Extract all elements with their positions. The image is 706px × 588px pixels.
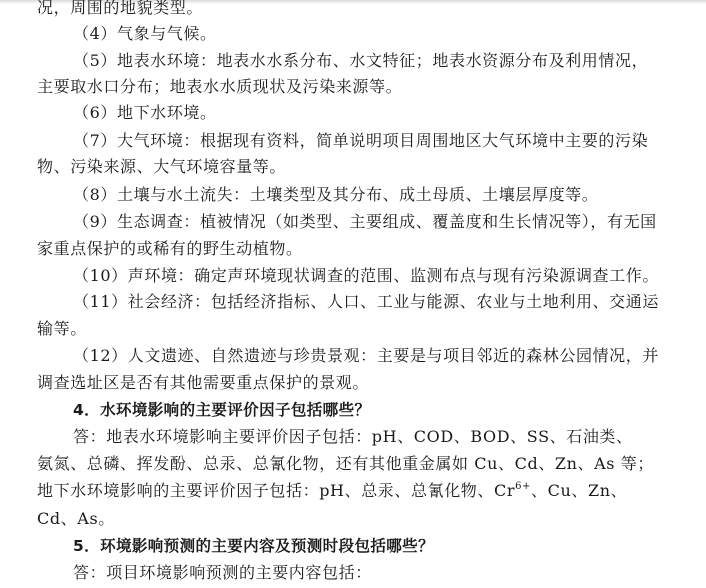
list-item-7: （7）大气环境：根据现有资料，简单说明项目周围地区大气环境中主要的污染 xyxy=(73,131,648,151)
superscript-charge: 6+ xyxy=(515,481,531,492)
question-4-answer-line: 答：地表水环境影响主要评价因子包括：pH、COD、BOD、SS、石油类、 xyxy=(73,427,633,447)
question-5-heading: 5．环境影响预测的主要内容及预测时段包括哪些？ xyxy=(73,536,434,556)
list-item-8: （8）土壤与水土流失：土壤类型及其分布、成土母质、土壤层厚度等。 xyxy=(73,185,598,205)
answer-text: 、Cu、Zn、 xyxy=(531,481,627,500)
question-4-answer-line: Cd、As。 xyxy=(37,509,115,529)
list-item-10: （10）声环境：确定声环境现状调查的范围、监测布点与现有污染源调查工作。 xyxy=(73,266,659,286)
answer-text: 地下水环境影响的主要评价因子包括：pH、总汞、总氰化物、Cr xyxy=(37,481,515,500)
paragraph-line: 况，周围的地貌类型。 xyxy=(37,0,203,18)
list-item-11-continued: 输等。 xyxy=(37,319,87,339)
list-item-5: （5）地表水环境：地表水水系分布、水文特征；地表水资源分布及利用情况， xyxy=(73,51,648,71)
question-4-heading: 4．水环境影响的主要评价因子包括哪些？ xyxy=(73,400,370,420)
list-item-9-continued: 家重点保护的或稀有的野生动植物。 xyxy=(37,239,303,259)
list-item-12-continued: 调查选址区是否有其他需要重点保护的景观。 xyxy=(37,373,369,393)
list-item-7-continued: 物、污染来源、大气环境容量等。 xyxy=(37,157,286,177)
list-item-11: （11）社会经济：包括经济指标、人口、工业与能源、农业与土地利用、交通运 xyxy=(73,292,659,312)
question-4-answer-line: 地下水环境影响的主要评价因子包括：pH、总汞、总氰化物、Cr6+、Cu、Zn、 xyxy=(37,481,627,501)
question-5-answer-line: 答：项目环境影响预测的主要内容包括： xyxy=(73,563,372,583)
list-item-6: （6）地下水环境。 xyxy=(73,103,217,123)
list-item-5-continued: 主要取水口分布；地表水水质现状及污染来源等。 xyxy=(37,77,402,97)
list-item-4: （4）气象与气候。 xyxy=(73,24,217,44)
list-item-12: （12）人文遗迹、自然遗迹与珍贵景观：主要是与项目邻近的森林公园情况，并 xyxy=(73,346,659,366)
list-item-9: （9）生态调查：植被情况（如类型、主要组成、覆盖度和生长情况等），有无国 xyxy=(73,212,657,232)
question-4-answer-line: 氨氮、总磷、挥发酚、总汞、总氰化物，还有其他重金属如 Cu、Cd、Zn、As 等… xyxy=(37,454,654,474)
